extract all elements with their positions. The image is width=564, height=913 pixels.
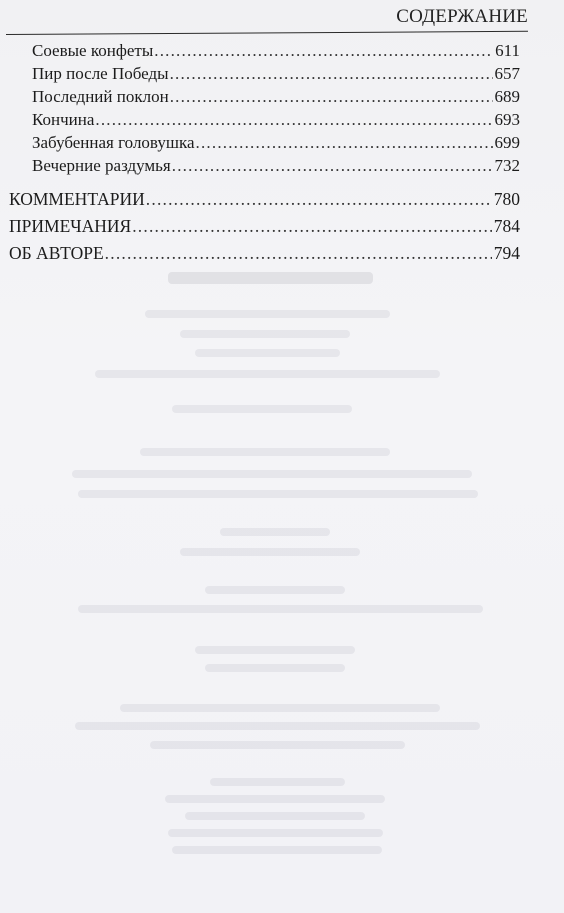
ghost-line bbox=[195, 646, 355, 654]
toc-entry[interactable]: Соевые конфеты 611 bbox=[32, 41, 520, 61]
dot-leader bbox=[95, 110, 492, 130]
toc-section-about-author[interactable]: ОБ АВТОРЕ 794 bbox=[9, 243, 520, 263]
toc-entry-title: Последний поклон bbox=[32, 87, 169, 107]
toc-entry-title: КОММЕНТАРИИ bbox=[9, 189, 145, 209]
ghost-line bbox=[205, 664, 345, 672]
toc-entry-page: 780 bbox=[494, 189, 520, 209]
dot-leader bbox=[105, 243, 492, 263]
ghost-line bbox=[95, 370, 440, 378]
toc-section-notes[interactable]: ПРИМЕЧАНИЯ 784 bbox=[9, 216, 520, 236]
ghost-line bbox=[165, 795, 385, 803]
dot-leader bbox=[170, 87, 493, 107]
ghost-line bbox=[185, 812, 365, 820]
ghost-line bbox=[75, 722, 480, 730]
ghost-line bbox=[120, 704, 440, 712]
ghost-line bbox=[172, 405, 352, 413]
ghost-line bbox=[78, 605, 483, 613]
dot-leader bbox=[170, 64, 493, 84]
dot-leader bbox=[132, 216, 492, 236]
toc-entry-title: Соевые конфеты bbox=[32, 41, 153, 61]
ghost-line bbox=[180, 330, 350, 338]
toc-entry-title: ПРИМЕЧАНИЯ bbox=[9, 216, 131, 236]
ghost-line bbox=[140, 448, 390, 456]
toc-entry-title: Вечерние раздумья bbox=[32, 156, 171, 176]
toc-entry-page: 689 bbox=[495, 87, 521, 107]
toc-entry-title: Кончина bbox=[32, 110, 94, 130]
running-head: СОДЕРЖАНИЕ bbox=[396, 6, 528, 28]
ghost-line bbox=[168, 272, 373, 284]
dot-leader bbox=[196, 133, 493, 153]
toc-entry-page: 693 bbox=[495, 110, 521, 130]
header-rule bbox=[6, 31, 528, 35]
toc-entry[interactable]: Пир после Победы 657 bbox=[32, 64, 520, 84]
ghost-line bbox=[195, 349, 340, 357]
ghost-line bbox=[172, 846, 382, 854]
toc-section-comments[interactable]: КОММЕНТАРИИ 780 bbox=[9, 189, 520, 209]
ghost-line bbox=[168, 829, 383, 837]
toc-entry[interactable]: Последний поклон 689 bbox=[32, 87, 520, 107]
toc-entry-page: 699 bbox=[495, 133, 521, 153]
ghost-line bbox=[145, 310, 390, 318]
book-page: СОДЕРЖАНИЕ Соевые конфеты 611 bbox=[0, 0, 564, 913]
toc-entry-title: Забубенная головушка bbox=[32, 133, 195, 153]
toc-entry[interactable]: Забубенная головушка 699 bbox=[32, 133, 520, 153]
toc-entry[interactable]: Кончина 693 bbox=[32, 110, 520, 130]
ghost-line bbox=[78, 490, 478, 498]
dot-leader bbox=[154, 41, 493, 61]
dot-leader bbox=[172, 156, 493, 176]
ghost-line bbox=[220, 528, 330, 536]
dot-leader bbox=[146, 189, 492, 209]
ghost-line bbox=[72, 470, 472, 478]
toc-entry[interactable]: Вечерние раздумья 732 bbox=[32, 156, 520, 176]
toc-entry-title: Пир после Победы bbox=[32, 64, 169, 84]
ghost-line bbox=[150, 741, 405, 749]
toc-entry-page: 611 bbox=[495, 41, 520, 61]
toc-entry-page: 657 bbox=[495, 64, 521, 84]
toc-entry-title: ОБ АВТОРЕ bbox=[9, 243, 104, 263]
toc-entry-page: 784 bbox=[494, 216, 520, 236]
toc-entry-page: 794 bbox=[494, 243, 520, 263]
ghost-line bbox=[205, 586, 345, 594]
ghost-line bbox=[180, 548, 360, 556]
ghost-line bbox=[210, 778, 345, 786]
toc-entry-page: 732 bbox=[495, 156, 521, 176]
